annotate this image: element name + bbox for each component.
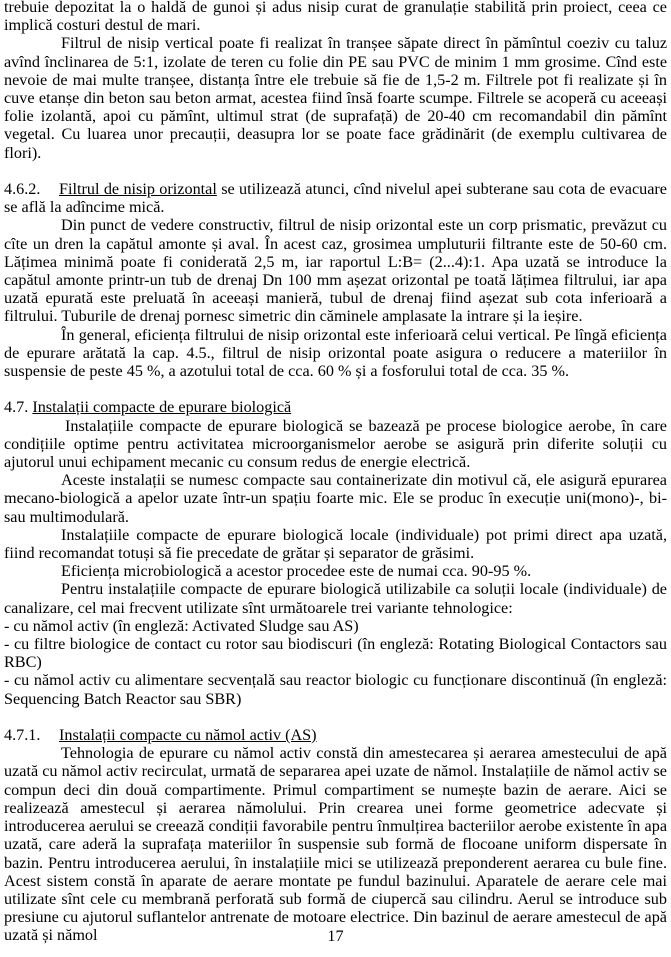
- section-heading-4-6-2: 4.6.2.Filtrul de nisip orizontal se util…: [4, 180, 667, 216]
- spacer: [4, 380, 667, 398]
- paragraph: trebuie depozitat la o haldă de gunoi și…: [4, 0, 667, 34]
- list-item: - cu nămol activ (în engleză: Activated …: [4, 617, 667, 635]
- list-item: - cu filtre biologice de contact cu roto…: [4, 635, 667, 671]
- paragraph: Filtrul de nisip vertical poate fi reali…: [4, 34, 667, 161]
- paragraph: Tehnologia de epurare cu nămol activ con…: [4, 744, 667, 944]
- section-title: Instalații compacte cu nămol activ (AS): [59, 726, 317, 744]
- paragraph: Instalațiile compacte de epurare biologi…: [4, 526, 667, 562]
- section-heading-4-7: 4.7. Instalații compacte de epurare biol…: [4, 398, 667, 416]
- spacer: [4, 162, 667, 180]
- section-number: 4.7.1.: [4, 726, 59, 744]
- section-heading-4-7-1: 4.7.1.Instalații compacte cu nămol activ…: [4, 726, 667, 744]
- document-page: trebuie depozitat la o haldă de gunoi și…: [4, 0, 667, 945]
- section-title: Filtrul de nisip orizontal: [59, 180, 217, 198]
- list-item: - cu nămol activ cu alimentare secvențal…: [4, 671, 667, 707]
- paragraph: Aceste instalații se numesc compacte sau…: [4, 471, 667, 526]
- page-number: 17: [0, 927, 671, 946]
- paragraph: Din punct de vedere constructiv, filtrul…: [4, 216, 667, 325]
- paragraph: În general, eficiența filtrului de nisip…: [4, 326, 667, 381]
- section-number: 4.7.: [4, 398, 28, 416]
- spacer: [4, 708, 667, 726]
- section-number: 4.6.2.: [4, 180, 59, 198]
- paragraph: Pentru instalațiile compacte de epurare …: [4, 580, 667, 616]
- paragraph: Eficiența microbiologică a acestor proce…: [4, 562, 667, 580]
- section-title: Instalații compacte de epurare biologică: [32, 398, 291, 416]
- paragraph: Instalațiile compacte de epurare biologi…: [4, 417, 667, 472]
